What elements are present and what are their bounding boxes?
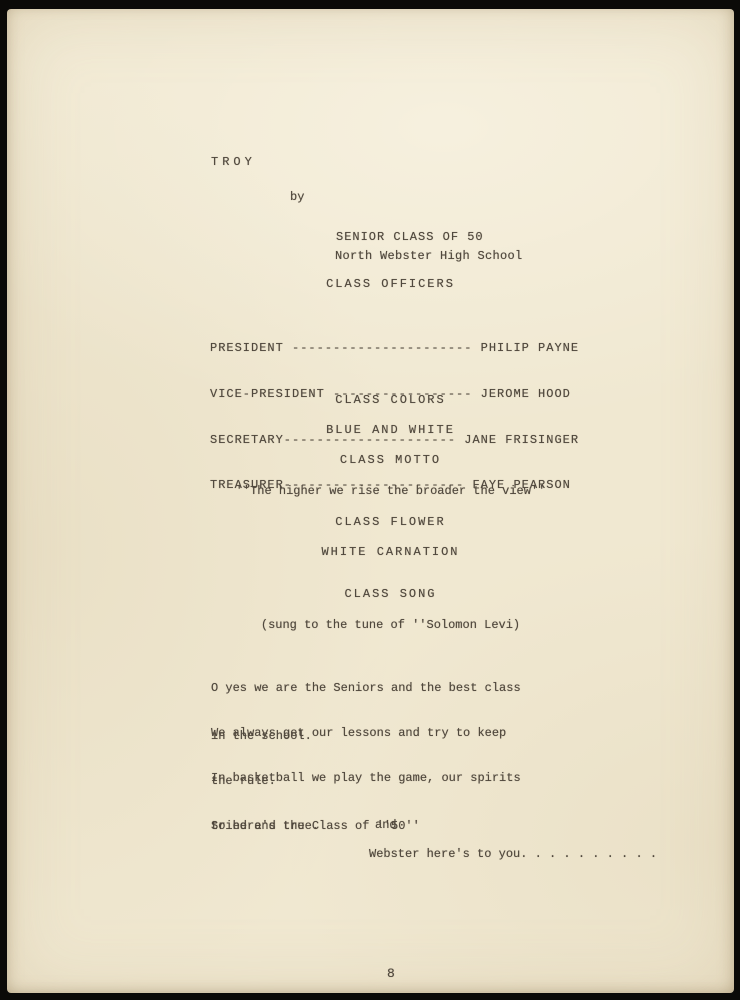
- colors-value: BLUE AND WHITE: [47, 422, 734, 438]
- officers-heading: CLASS OFFICERS: [47, 276, 734, 292]
- flower-heading: CLASS FLOWER: [47, 514, 734, 530]
- motto-heading: CLASS MOTTO: [47, 452, 734, 468]
- credit-line-class: SENIOR CLASS OF 50: [336, 229, 484, 245]
- scanned-yearbook-page: TROY by SENIOR CLASS OF 50 North Webster…: [0, 0, 740, 1000]
- page-number: 8: [387, 966, 395, 982]
- song-conjunction: and: [375, 817, 397, 833]
- flower-value: WHITE CARNATION: [47, 544, 734, 560]
- officer-row-president: PRESIDENT ---------------------- PHILIP …: [210, 341, 579, 356]
- byword: by: [290, 189, 304, 205]
- song-closing-line: Webster here's to you. . . . . . . . . .: [369, 846, 657, 862]
- motto-value: ''The higher we rise the broader the vie…: [47, 483, 734, 499]
- song-heading: CLASS SONG: [47, 586, 734, 602]
- page-title: TROY: [211, 154, 256, 170]
- verse-line: In basketball we play the game, our spir…: [211, 770, 521, 786]
- colors-heading: CLASS COLORS: [47, 392, 734, 408]
- paper-sheet: TROY by SENIOR CLASS OF 50 North Webster…: [7, 9, 734, 993]
- credit-line-school: North Webster High School: [335, 248, 523, 264]
- song-subtitle: (sung to the tune of ''Solomon Levi): [47, 617, 734, 633]
